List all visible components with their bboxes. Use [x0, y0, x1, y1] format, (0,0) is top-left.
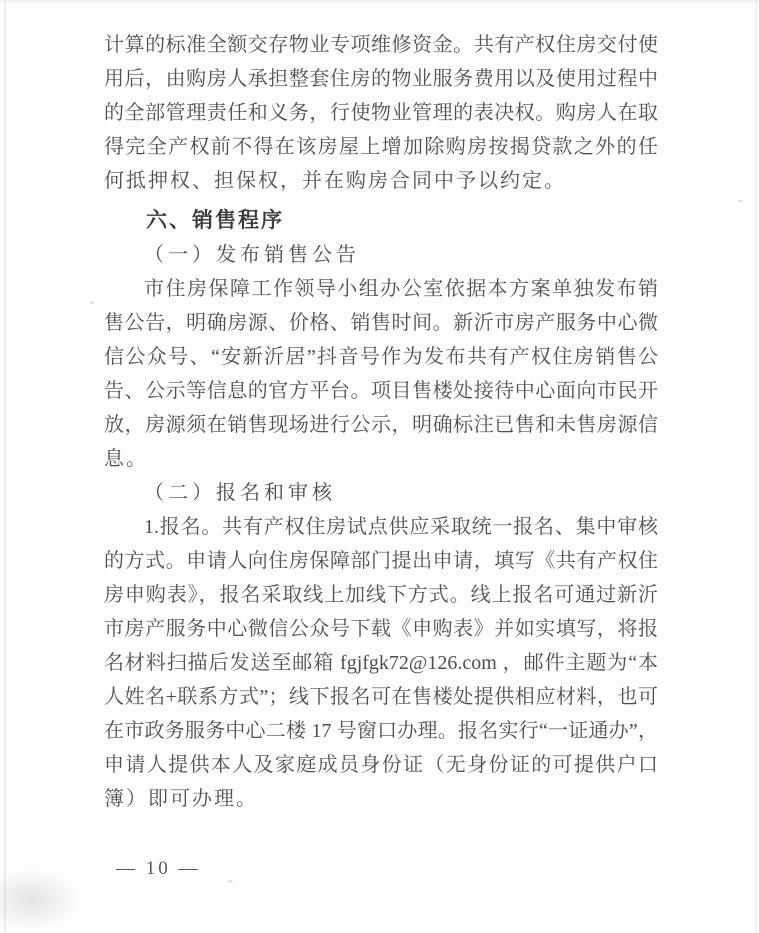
text-line: 市房产服务中心微信公众号下载《申购表》并如实填写，将报 — [104, 612, 658, 646]
text-line: 放，房源须在销售现场进行公示，明确标注已售和未售房源信 — [104, 408, 658, 442]
text-line: 信公众号、“安新沂居”抖音号作为发布共有产权住房销售公 — [104, 340, 658, 374]
text-line: 的全部管理责任和义务，行使物业管理的表决权。购房人在取 — [104, 96, 658, 130]
scan-speck — [738, 200, 743, 202]
text-line: 房申购表》，报名采取线上加线下方式。线上报名可通过新沂 — [104, 578, 658, 612]
text-line: 告、公示等信息的官方平台。项目售楼处接待中心面向市民开 — [104, 374, 658, 408]
document-body: 计算的标准全额交存物业专项维修资金。共有产权住房交付使 用后，由购房人承担整套住… — [104, 28, 658, 816]
scan-speck — [90, 301, 94, 304]
scan-smudge — [0, 872, 76, 927]
section-heading: 六、销售程序 — [104, 204, 658, 238]
text-line-with-email: 名材料扫描后发送至邮箱 fgjfgk72@126.com ，邮件主题为“本 — [104, 646, 658, 680]
text-line: 申请人提供本人及家庭成员身份证（无身份证的可提供户口 — [104, 748, 658, 782]
scan-edge-right — [755, 0, 757, 933]
text-line: 用后，由购房人承担整套住房的物业服务费用以及使用过程中 — [104, 62, 658, 96]
text-line: 人姓名+联系方式”；线下报名可在售楼处提供相应材料，也可 — [104, 680, 658, 714]
text-line: 计算的标准全额交存物业专项维修资金。共有产权住房交付使 — [104, 28, 658, 62]
scan-speck — [228, 880, 233, 883]
text-line: 得完全产权前不得在该房屋上增加除购房按揭贷款之外的任 — [104, 130, 658, 164]
text-line: 何抵押权、担保权，并在购房合同中予以约定。 — [104, 164, 658, 198]
subsection-heading-2: （二）报名和审核 — [104, 476, 658, 510]
text-line: 在市政务服务中心二楼 17 号窗口办理。报名实行“一证通办”， — [104, 714, 658, 748]
text-line: 市住房保障工作领导小组办公室依据本方案单独发布销 — [104, 272, 658, 306]
text-line: 1.报名。共有产权住房试点供应采取统一报名、集中审核 — [104, 510, 658, 544]
text-line: 的方式。申请人向住房保障部门提出申请，填写《共有产权住 — [104, 544, 658, 578]
scanned-document-page: 计算的标准全额交存物业专项维修资金。共有产权住房交付使 用后，由购房人承担整套住… — [0, 0, 759, 933]
page-number: — 10 — — [116, 858, 201, 880]
text-line: 息。 — [104, 442, 658, 476]
text-line: 簿）即可办理。 — [104, 782, 658, 816]
subsection-heading-1: （一）发布销售公告 — [104, 238, 658, 272]
scan-edge-top — [0, 0, 759, 2]
text-line: 售公告，明确房源、价格、销售时间。新沂市房产服务中心微 — [104, 306, 658, 340]
scan-edge-left — [4, 0, 6, 933]
